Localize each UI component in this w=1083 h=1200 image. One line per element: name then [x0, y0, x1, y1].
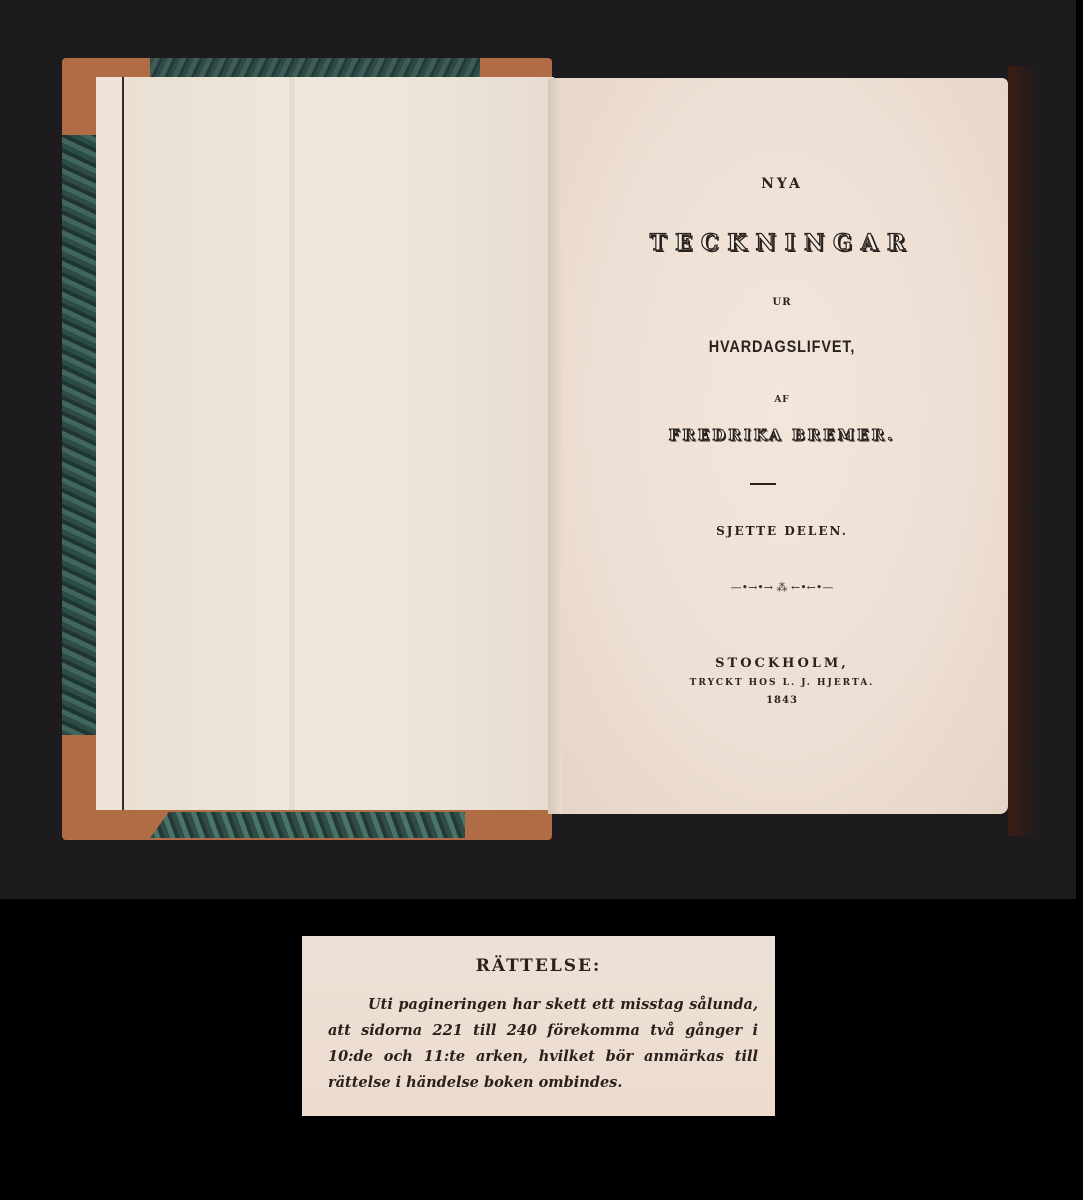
title-line-teckningar: TECKNINGAR [556, 230, 1008, 256]
marbled-cover-top [150, 58, 480, 78]
blank-flyleaf-page [124, 77, 554, 810]
correction-title: RÄTTELSE: [302, 956, 775, 976]
page-edge-shadow [1008, 66, 1038, 836]
title-line-af: AF [556, 395, 1008, 405]
correction-body: Uti pagineringen har skett ett misstag s… [328, 992, 758, 1096]
flyleaf-edge [96, 77, 124, 810]
imprint-city: STOCKHOLM, [556, 656, 1008, 671]
volume-part: SJETTE DELEN. [556, 524, 1008, 538]
imprint-year: 1843 [556, 695, 1008, 706]
title-line-ur: UR [556, 297, 1008, 308]
title-rule-divider [750, 483, 776, 485]
correction-slip: RÄTTELSE: Uti pagineringen har skett ett… [302, 936, 775, 1116]
imprint-printer: TRYCKT HOS L. J. HJERTA. [556, 678, 1008, 688]
title-line-hvardagslifvet: HVARDAGSLIFVET, [590, 337, 974, 357]
author-name: FREDRIKA BREMER. [556, 426, 1008, 444]
marbled-cover-bottom [150, 812, 465, 838]
marbled-cover-left [62, 135, 96, 735]
ornament-divider-icon: —•→•→ ⁂ ←•←•— [556, 581, 1008, 594]
title-page-text: NYA TECKNINGAR UR HVARDAGSLIFVET, AF FRE… [556, 78, 1008, 814]
correction-text: Uti pagineringen har skett ett misstag s… [328, 996, 758, 1091]
book-photo-panel: NYA TECKNINGAR UR HVARDAGSLIFVET, AF FRE… [0, 0, 1076, 899]
title-line-nya: NYA [556, 176, 1008, 192]
